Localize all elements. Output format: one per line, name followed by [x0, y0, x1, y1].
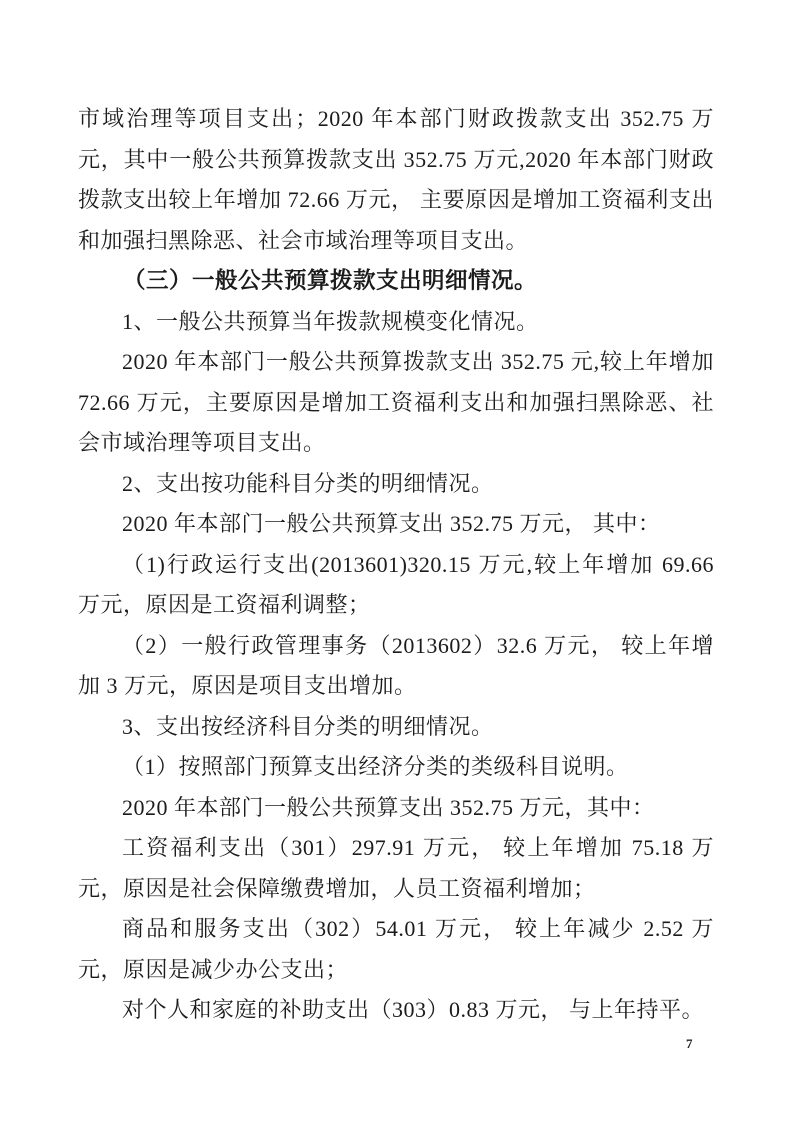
document-paragraph: （2）一般行政管理事务（2013602）32.6 万元， 较上年增加 3 万元，… [78, 626, 714, 707]
document-paragraph: （1)行政运行支出(2013601)320.15 万元,较上年增加 69.66 … [78, 545, 714, 626]
document-paragraph: （1）按照部门预算支出经济分类的类级科目说明。 [78, 747, 714, 788]
document-body: 市域治理等项目支出；2020 年本部门财政拨款支出 352.75 万元，其中一般… [78, 99, 714, 1031]
document-paragraph: 2020 年本部门一般公共预算支出 352.75 万元， 其中： [78, 504, 714, 545]
document-paragraph: 工资福利支出（301）297.91 万元， 较上年增加 75.18 万元，原因是… [78, 828, 714, 909]
document-paragraph: 市域治理等项目支出；2020 年本部门财政拨款支出 352.75 万元，其中一般… [78, 99, 714, 261]
document-paragraph: 2020 年本部门一般公共预算支出 352.75 万元，其中： [78, 788, 714, 829]
document-paragraph: 2、支出按功能科目分类的明细情况。 [78, 464, 714, 505]
document-paragraph: 1、一般公共预算当年拨款规模变化情况。 [78, 302, 714, 343]
document-paragraph: 3、支出按经济科目分类的明细情况。 [78, 707, 714, 748]
page-number: 7 [686, 1034, 693, 1054]
section-heading: （三）一般公共预算拨款支出明细情况。 [78, 261, 714, 302]
document-paragraph: 2020 年本部门一般公共预算拨款支出 352.75 元,较上年增加 72.66… [78, 342, 714, 464]
document-paragraph: 对个人和家庭的补助支出（303）0.83 万元， 与上年持平。 [78, 990, 714, 1031]
document-page: 市域治理等项目支出；2020 年本部门财政拨款支出 352.75 万元，其中一般… [0, 0, 793, 1122]
document-paragraph: 商品和服务支出（302）54.01 万元， 较上年减少 2.52 万元，原因是减… [78, 909, 714, 990]
